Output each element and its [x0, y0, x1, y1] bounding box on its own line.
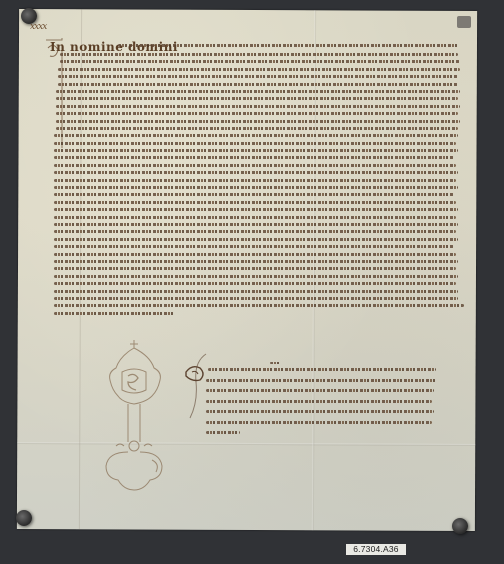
weight-top-right-icon [457, 16, 471, 28]
catalog-label: 6.7304.A36 [346, 544, 406, 555]
horizontal-fold-line [17, 442, 475, 446]
notary-subscription-block [190, 360, 442, 440]
pin-bottom-right-icon [452, 518, 468, 534]
main-text-block [46, 42, 460, 317]
pin-bottom-left-icon [16, 510, 32, 526]
notarial-sign-icon [98, 338, 174, 498]
